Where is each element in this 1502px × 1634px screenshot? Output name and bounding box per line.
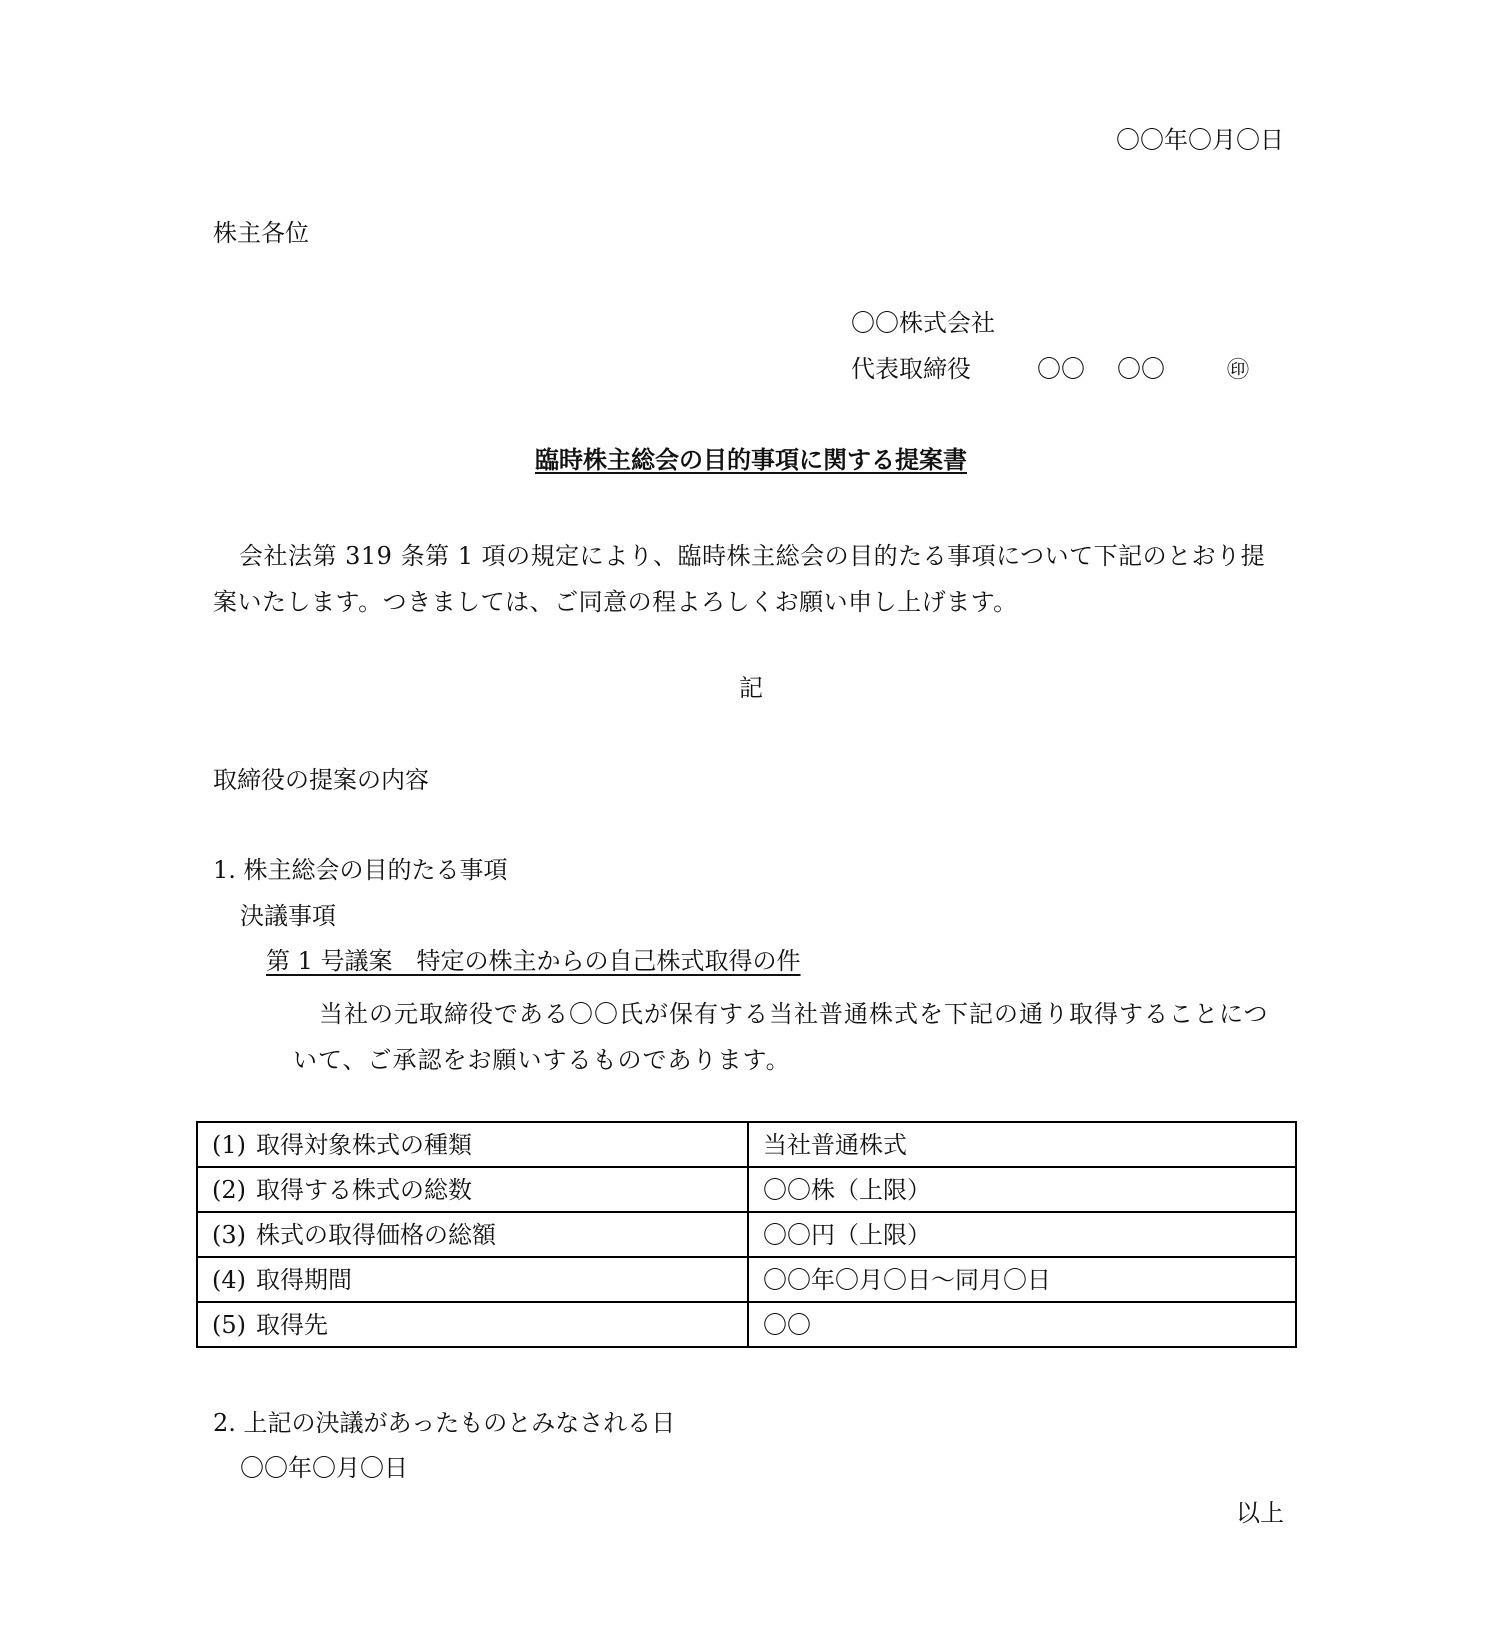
table-cell-value: 当社普通株式 (748, 1122, 1296, 1167)
table-cell-value: 〇〇年〇月〇日～同月〇日 (748, 1257, 1296, 1302)
row-label: 取得先 (256, 1311, 328, 1339)
row-number: (5) (212, 1311, 256, 1339)
item-2-heading: 2. 上記の決議があったものとみなされる日 (213, 1408, 675, 1438)
item-1-label: 株主総会の目的たる事項 (244, 856, 508, 884)
seal-icon: ㊞ (1227, 356, 1249, 386)
table-row: (5)取得先 〇〇 (197, 1302, 1296, 1347)
sender-company: 〇〇株式会社 (851, 308, 995, 338)
intro-paragraph: 会社法第 319 条第 1 項の規定により、臨時株主総会の目的たる事項について下… (213, 533, 1288, 625)
table-cell-value: 〇〇 (748, 1302, 1296, 1347)
ki-heading: 記 (0, 673, 1502, 703)
table-cell-label: (1)取得対象株式の種類 (197, 1122, 748, 1167)
representative-surname: 〇〇 (1037, 354, 1117, 384)
item-2-date: 〇〇年〇月〇日 (240, 1453, 408, 1483)
terms-table: (1)取得対象株式の種類 当社普通株式 (2)取得する株式の総数 〇〇株（上限）… (196, 1121, 1297, 1348)
table-cell-value: 〇〇株（上限） (748, 1167, 1296, 1212)
table-cell-value: 〇〇円（上限） (748, 1212, 1296, 1257)
row-number: (2) (212, 1176, 256, 1204)
item-2-label: 上記の決議があったものとみなされる日 (244, 1409, 676, 1437)
item-2-number: 2. (213, 1409, 236, 1437)
document-date: 〇〇年〇月〇日 (1116, 125, 1284, 155)
table-row: (3)株式の取得価格の総額 〇〇円（上限） (197, 1212, 1296, 1257)
proposal-title: 第 1 号議案 特定の株主からの自己株式取得の件 (266, 946, 801, 976)
resolution-heading: 決議事項 (240, 901, 336, 931)
representative-given-name: 〇〇 (1117, 354, 1227, 384)
representative-title: 代表取締役 (851, 354, 1037, 384)
table-cell-label: (2)取得する株式の総数 (197, 1167, 748, 1212)
table-row: (2)取得する株式の総数 〇〇株（上限） (197, 1167, 1296, 1212)
row-label: 株式の取得価格の総額 (256, 1221, 496, 1249)
addressee: 株主各位 (213, 218, 309, 248)
row-label: 取得対象株式の種類 (256, 1131, 472, 1159)
sender-representative: 代表取締役〇〇〇〇㊞ (851, 354, 1249, 386)
closing-remark: 以上 (1236, 1498, 1284, 1528)
row-number: (4) (212, 1266, 256, 1294)
item-1-number: 1. (213, 856, 236, 884)
table-row: (1)取得対象株式の種類 当社普通株式 (197, 1122, 1296, 1167)
section-heading: 取締役の提案の内容 (213, 765, 429, 795)
item-1-heading: 1. 株主総会の目的たる事項 (213, 855, 508, 885)
table-cell-label: (4)取得期間 (197, 1257, 748, 1302)
document-title: 臨時株主総会の目的事項に関する提案書 (0, 445, 1502, 475)
row-number: (1) (212, 1131, 256, 1159)
proposal-body: 当社の元取締役である〇〇氏が保有する当社普通株式を下記の通り取得することについて… (293, 991, 1288, 1083)
row-label: 取得期間 (256, 1266, 352, 1294)
table-cell-label: (5)取得先 (197, 1302, 748, 1347)
row-number: (3) (212, 1221, 256, 1249)
table-row: (4)取得期間 〇〇年〇月〇日～同月〇日 (197, 1257, 1296, 1302)
row-label: 取得する株式の総数 (256, 1176, 472, 1204)
table-cell-label: (3)株式の取得価格の総額 (197, 1212, 748, 1257)
